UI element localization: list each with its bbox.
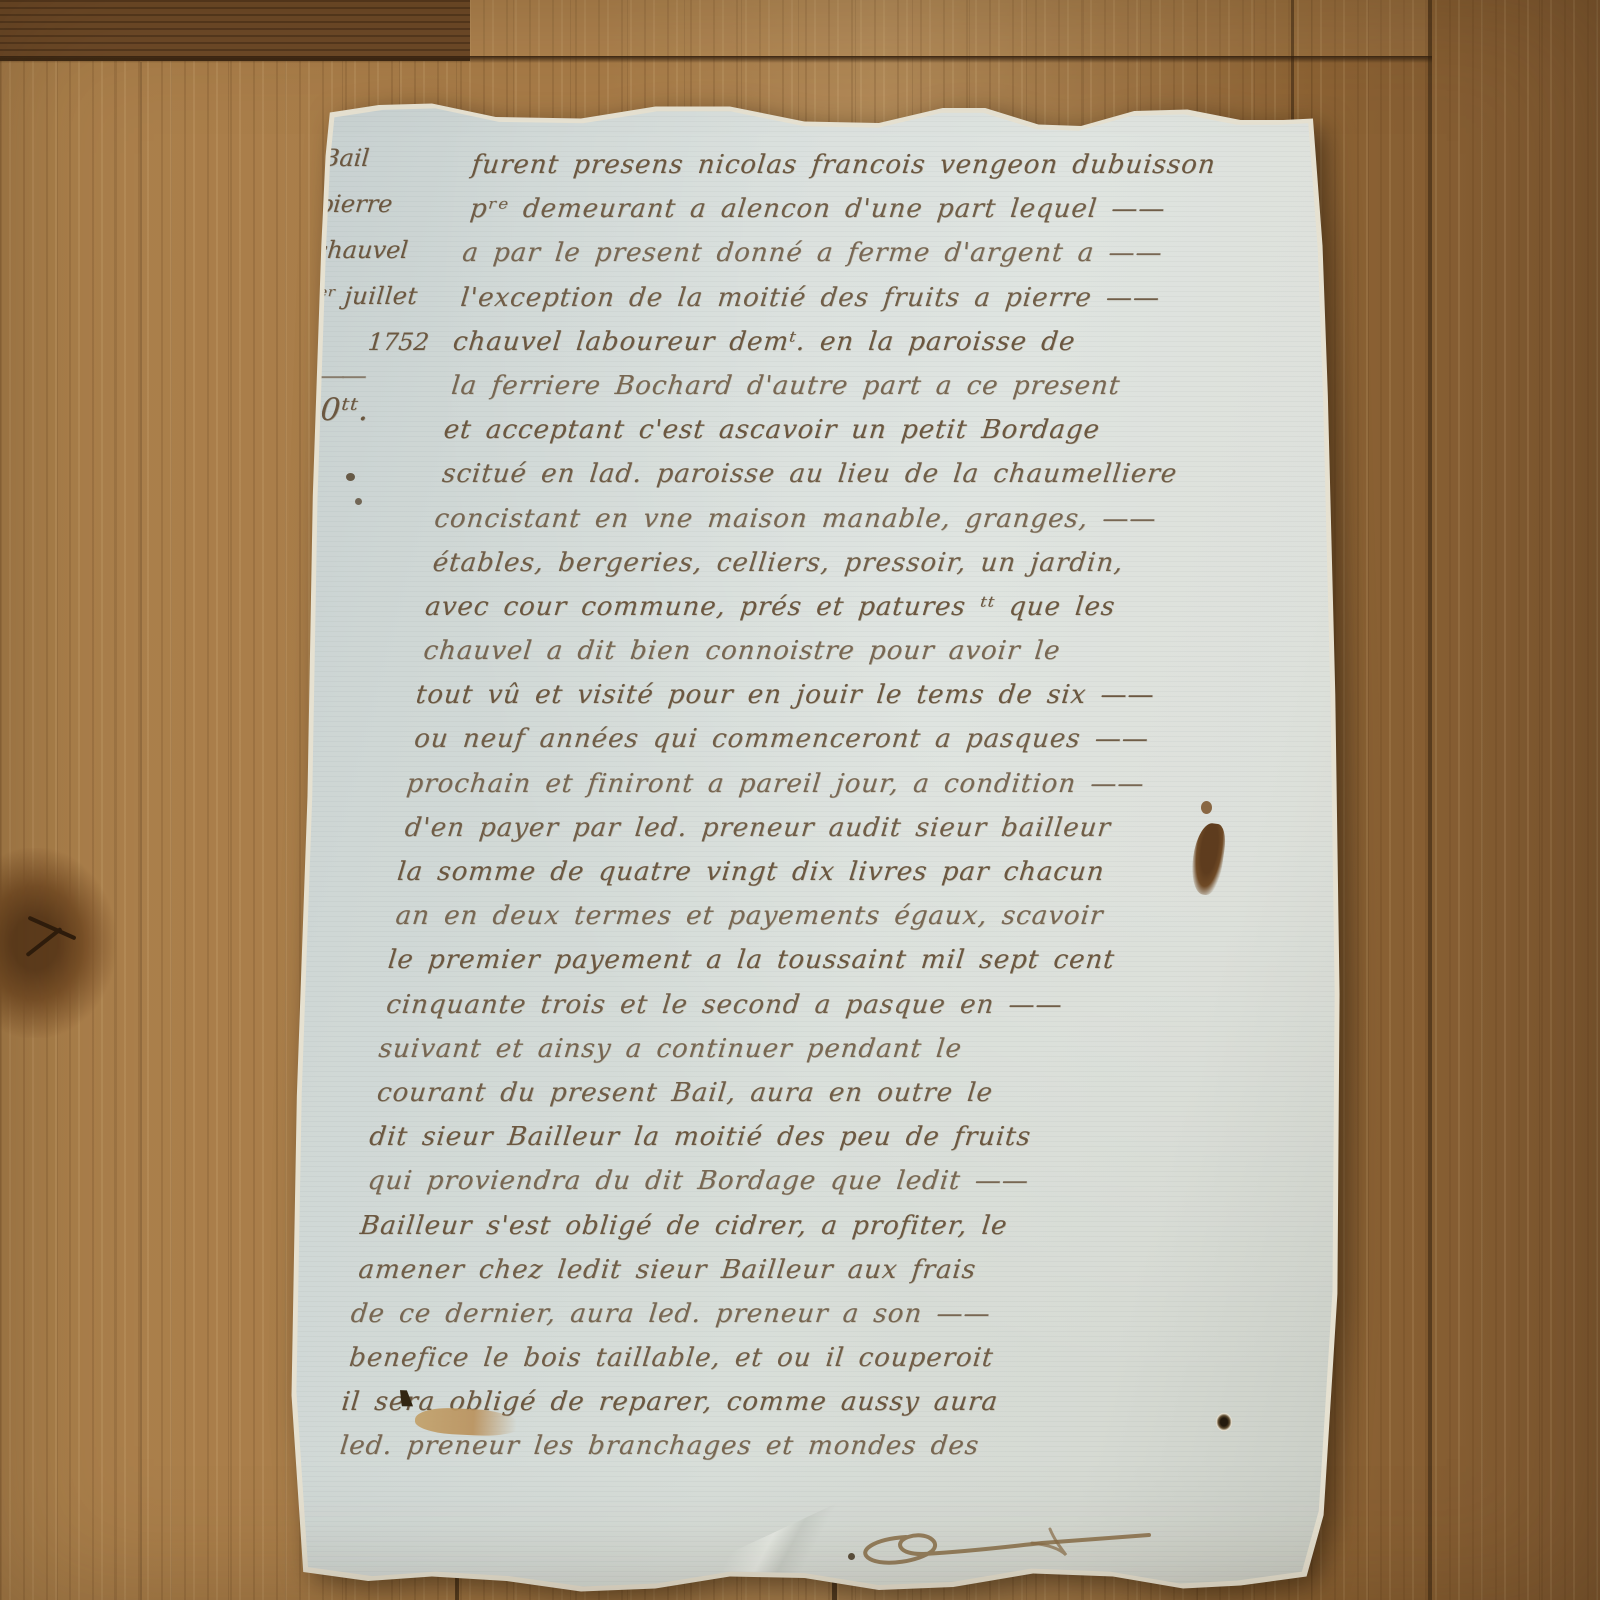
handwritten-line: étables, bergeries, celliers, pressoir, … xyxy=(428,541,1293,585)
wood-plank-top-dark xyxy=(0,0,470,61)
handwritten-line: qui proviendra du dit Bordage que ledit … xyxy=(363,1159,1228,1203)
handwritten-line: a par le present donné a ferme d'argent … xyxy=(460,231,1325,275)
handwritten-line: chauvel a dit bien connoistre pour avoir… xyxy=(418,629,1283,673)
handwritten-line: le premier payement a la toussaint mil s… xyxy=(386,938,1251,982)
manuscript-page: Bailpierrechauvel1ᵉʳ juillet1752———90ᵗᵗ.… xyxy=(283,96,1347,1593)
handwritten-line: furent presens nicolas francois vengeon … xyxy=(469,143,1334,187)
margin-note: pierre xyxy=(316,181,480,227)
handwritten-line: de ce dernier, aura led. preneur a son —… xyxy=(349,1292,1214,1336)
plank-seam-left xyxy=(140,62,142,1600)
handwritten-line: l'exception de la moitié des fruits a pi… xyxy=(455,276,1320,320)
handwritten-line: avec cour commune, prés et patures ᵗᵗ qu… xyxy=(423,585,1288,629)
manuscript-body-text: furent presens nicolas francois vengeon … xyxy=(335,143,1334,1469)
wood-knot xyxy=(0,848,116,1038)
handwritten-line: et acceptant c'est ascavoir un petit Bor… xyxy=(441,408,1306,452)
ink-spot xyxy=(346,473,355,481)
paraph-flourish xyxy=(854,1499,1164,1573)
plank-seam-horizontal xyxy=(0,56,1432,63)
ink-stain-right-dot xyxy=(1201,801,1212,814)
wood-plank-top-mid xyxy=(470,0,1428,58)
paper-sheet: Bailpierrechauvel1ᵉʳ juillet1752———90ᵗᵗ.… xyxy=(288,101,1342,1588)
handwritten-line: la ferriere Bochard d'autre part a ce pr… xyxy=(446,364,1311,408)
handwritten-line: concistant en vne maison manable, grange… xyxy=(432,497,1297,541)
margin-note: 1ᵉʳ juillet xyxy=(300,273,472,319)
handwritten-line: amener chez ledit sieur Bailleur aux fra… xyxy=(353,1248,1218,1292)
handwritten-line: tout vû et visité pour en jouir le tems … xyxy=(414,673,1279,717)
handwritten-line: an en deux termes et payements égaux, sc… xyxy=(390,894,1255,938)
photo-of-manuscript: Bailpierrechauvel1ᵉʳ juillet1752———90ᵗᵗ.… xyxy=(0,0,1600,1600)
handwritten-line: prochain et finiront a pareil jour, a co… xyxy=(404,762,1269,806)
plank-seam-right xyxy=(1428,0,1432,1600)
handwritten-line: d'en payer par led. preneur audit sieur … xyxy=(400,806,1265,850)
knot-crack xyxy=(25,927,62,957)
handwritten-line: chauvel laboureur demᵗ. en la paroisse d… xyxy=(451,320,1316,364)
handwritten-line: ou neuf années qui commenceront a pasque… xyxy=(409,717,1274,761)
handwritten-line: courant du present Bail, aura en outre l… xyxy=(372,1071,1237,1115)
handwritten-line: suivant et ainsy a continuer pendant le xyxy=(376,1027,1241,1071)
handwritten-line: cinquante trois et le second a pasque en… xyxy=(381,983,1246,1027)
ink-spot xyxy=(355,498,362,505)
handwritten-line: dit sieur Bailleur la moitié des peu de … xyxy=(367,1115,1232,1159)
paper-hole xyxy=(1216,1413,1232,1431)
margin-note: Bail xyxy=(320,135,484,181)
handwritten-line: Bailleur s'est obligé de cidrer, a profi… xyxy=(358,1204,1223,1248)
margin-note: chauvel xyxy=(312,227,476,273)
margin-note: 90ᵗᵗ. xyxy=(298,387,462,433)
handwritten-line: scitué en lad. paroisse au lieu de la ch… xyxy=(437,452,1302,496)
handwritten-line: benefice le bois taillable, et ou il cou… xyxy=(344,1336,1209,1380)
handwritten-line: pʳᵉ demeurant a alencon d'une part leque… xyxy=(465,187,1330,231)
handwritten-line: la somme de quatre vingt dix livres par … xyxy=(395,850,1260,894)
